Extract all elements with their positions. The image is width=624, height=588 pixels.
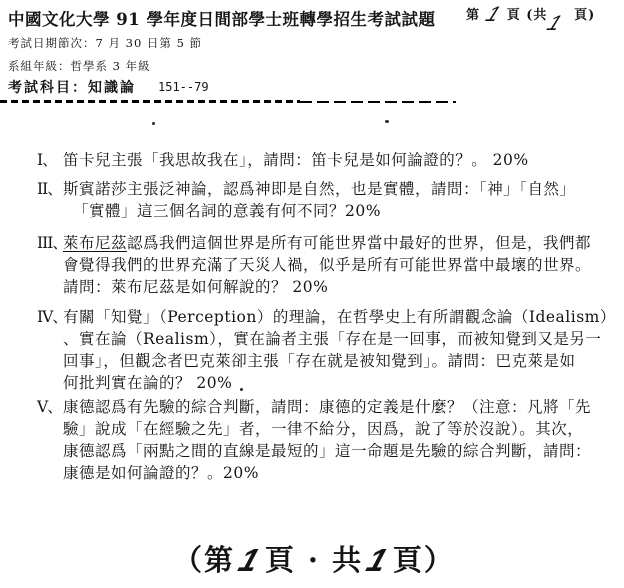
text-segment: 認爲我們這個世界是所有可能世界當中最好的世界，但是，我們都 bbox=[127, 234, 591, 252]
text-segment: 、實在論（Realism），實在論者主張「存在是一回事，而被知覺到又是另一 bbox=[63, 330, 601, 348]
separator-dashed-line-thin bbox=[300, 101, 456, 103]
page-footer: （第1頁 · 共1頁） bbox=[173, 538, 455, 579]
scan-speck bbox=[385, 120, 389, 123]
question-line: 康德是如何論證的？。20% bbox=[63, 462, 606, 484]
exam-paper-page: 中國文化大學 91 學年度日間部學士班轉學招生考試試題 第1頁 (共1頁) 考試… bbox=[0, 0, 624, 588]
exam-date-line: 考試日期節次：7 月 30 日第 5 節 bbox=[8, 35, 202, 51]
question-block: V、康德認爲有先驗的綜合判斷，請問：康德的定義是什麼？（注意：凡將「先驗」說成「… bbox=[40, 396, 606, 484]
page-title: 中國文化大學 91 學年度日間部學士班轉學招生考試試題 bbox=[8, 6, 435, 30]
question-line: 「實體」這三個名詞的意義有何不同？20% bbox=[73, 200, 606, 222]
question-numeral: II、 bbox=[37, 178, 62, 200]
handwritten-footer-total-pages: 1 bbox=[362, 542, 394, 579]
text-segment: 笛卡兒主張「我思故我在」，請問：笛卡兒是如何論證的？。 20% bbox=[63, 151, 529, 169]
question-line: 有關「知覺」（Perception）的理論，在哲學史上有所謂觀念論（Ideali… bbox=[63, 306, 606, 328]
question-line: 康德認爲有先驗的綜合判斷，請問：康德的定義是什麼？（注意：凡將「先 bbox=[63, 396, 606, 418]
text-segment: 驗」說成「在經驗之先」者，一律不給分，因爲，說了等於沒說）。其次， bbox=[63, 420, 583, 438]
question-line: 、實在論（Realism），實在論者主張「存在是一回事，而被知覺到又是另一 bbox=[63, 328, 606, 350]
question-line: 康德認爲「兩點之間的直線是最短的」這一命題是先驗的綜合判斷，請問： bbox=[63, 440, 606, 462]
question-numeral: V、 bbox=[37, 396, 62, 418]
question-line: 會覺得我們的世界充滿了天災人禍，似乎是所有可能世界當中最壞的世界。 bbox=[63, 254, 606, 276]
question-numeral: I、 bbox=[37, 149, 57, 171]
text-segment: 康德認爲「兩點之間的直線是最短的」這一命題是先驗的綜合判斷，請問： bbox=[63, 442, 591, 460]
separator-dashed-line bbox=[0, 100, 300, 103]
footer-text-mid: 頁 · 共 bbox=[265, 543, 363, 577]
scan-speck bbox=[152, 122, 155, 125]
question-line: 請問：萊布尼茲是如何解說的？ 20% bbox=[63, 276, 606, 298]
questions-list: I、笛卡兒主張「我思故我在」，請問：笛卡兒是如何論證的？。 20%II、斯賓諾莎… bbox=[40, 149, 606, 484]
text-segment: 請問：萊布尼茲是如何解說的？ 20% bbox=[63, 278, 328, 296]
handwritten-footer-page-number: 1 bbox=[234, 542, 266, 579]
question-line: 驗」說成「在經驗之先」者，一律不給分，因爲，說了等於沒說）。其次， bbox=[63, 418, 606, 440]
scan-speck bbox=[240, 388, 243, 391]
text-segment: 會覺得我們的世界充滿了天災人禍，似乎是所有可能世界當中最壞的世界。 bbox=[63, 256, 591, 274]
page-field-suffix: 頁) bbox=[574, 8, 595, 23]
subject-line: 考試科目：知識論 bbox=[8, 77, 136, 97]
text-segment: 回事」，但觀念者巴克萊卻主張「存在就是被知覺到」。請問：巴克萊是如 bbox=[63, 352, 576, 370]
question-line: 笛卡兒主張「我思故我在」，請問：笛卡兒是如何論證的？。 20% bbox=[63, 149, 606, 171]
text-segment: 何批判實在論的？ 20% bbox=[63, 374, 232, 392]
question-block: III、萊布尼茲認爲我們這個世界是所有可能世界當中最好的世界，但是，我們都會覺得… bbox=[40, 232, 606, 298]
handwritten-page-number: 1 bbox=[483, 8, 504, 22]
page-field-prefix: 第 bbox=[466, 8, 480, 23]
text-segment: 「實體」這三個名詞的意義有何不同？20% bbox=[73, 202, 381, 220]
subject-code: 151--79 bbox=[158, 80, 209, 94]
footer-text-post: 頁） bbox=[393, 543, 455, 577]
question-block: IV、有關「知覺」（Perception）的理論，在哲學史上有所謂觀念論（Ide… bbox=[40, 306, 606, 394]
underlined-text: 萊布尼茲 bbox=[63, 234, 127, 252]
question-block: I、笛卡兒主張「我思故我在」，請問：笛卡兒是如何論證的？。 20% bbox=[40, 149, 606, 171]
footer-text-pre: （第 bbox=[173, 543, 235, 577]
dept-grade-line: 系組年級：哲學系 3 年級 bbox=[8, 58, 151, 74]
text-segment: 康德是如何論證的？。20% bbox=[63, 464, 259, 482]
question-line: 斯賓諾莎主張泛神論，認爲神即是自然，也是實體，請問：「神」「自然」 bbox=[63, 178, 606, 200]
text-segment: 有關「知覺」（Perception）的理論，在哲學史上有所謂觀念論（Ideali… bbox=[63, 308, 616, 326]
question-block: II、斯賓諾莎主張泛神論，認爲神即是自然，也是實體，請問：「神」「自然」「實體」… bbox=[40, 178, 606, 222]
question-numeral: IV、 bbox=[37, 306, 67, 328]
question-line: 回事」，但觀念者巴克萊卻主張「存在就是被知覺到」。請問：巴克萊是如 bbox=[63, 350, 606, 372]
page-field-mid: 頁 (共 bbox=[507, 8, 548, 23]
handwritten-total-pages: 1 bbox=[544, 17, 565, 31]
text-segment: 康德認爲有先驗的綜合判斷，請問：康德的定義是什麼？（注意：凡將「先 bbox=[63, 398, 591, 416]
question-line: 萊布尼茲認爲我們這個世界是所有可能世界當中最好的世界，但是，我們都 bbox=[63, 232, 606, 254]
question-line: 何批判實在論的？ 20% bbox=[63, 372, 606, 394]
text-segment: 斯賓諾莎主張泛神論，認爲神即是自然，也是實體，請問：「神」「自然」 bbox=[63, 180, 576, 198]
question-numeral: III、 bbox=[37, 232, 67, 254]
page-number-field: 第1頁 (共1頁) bbox=[466, 4, 595, 23]
